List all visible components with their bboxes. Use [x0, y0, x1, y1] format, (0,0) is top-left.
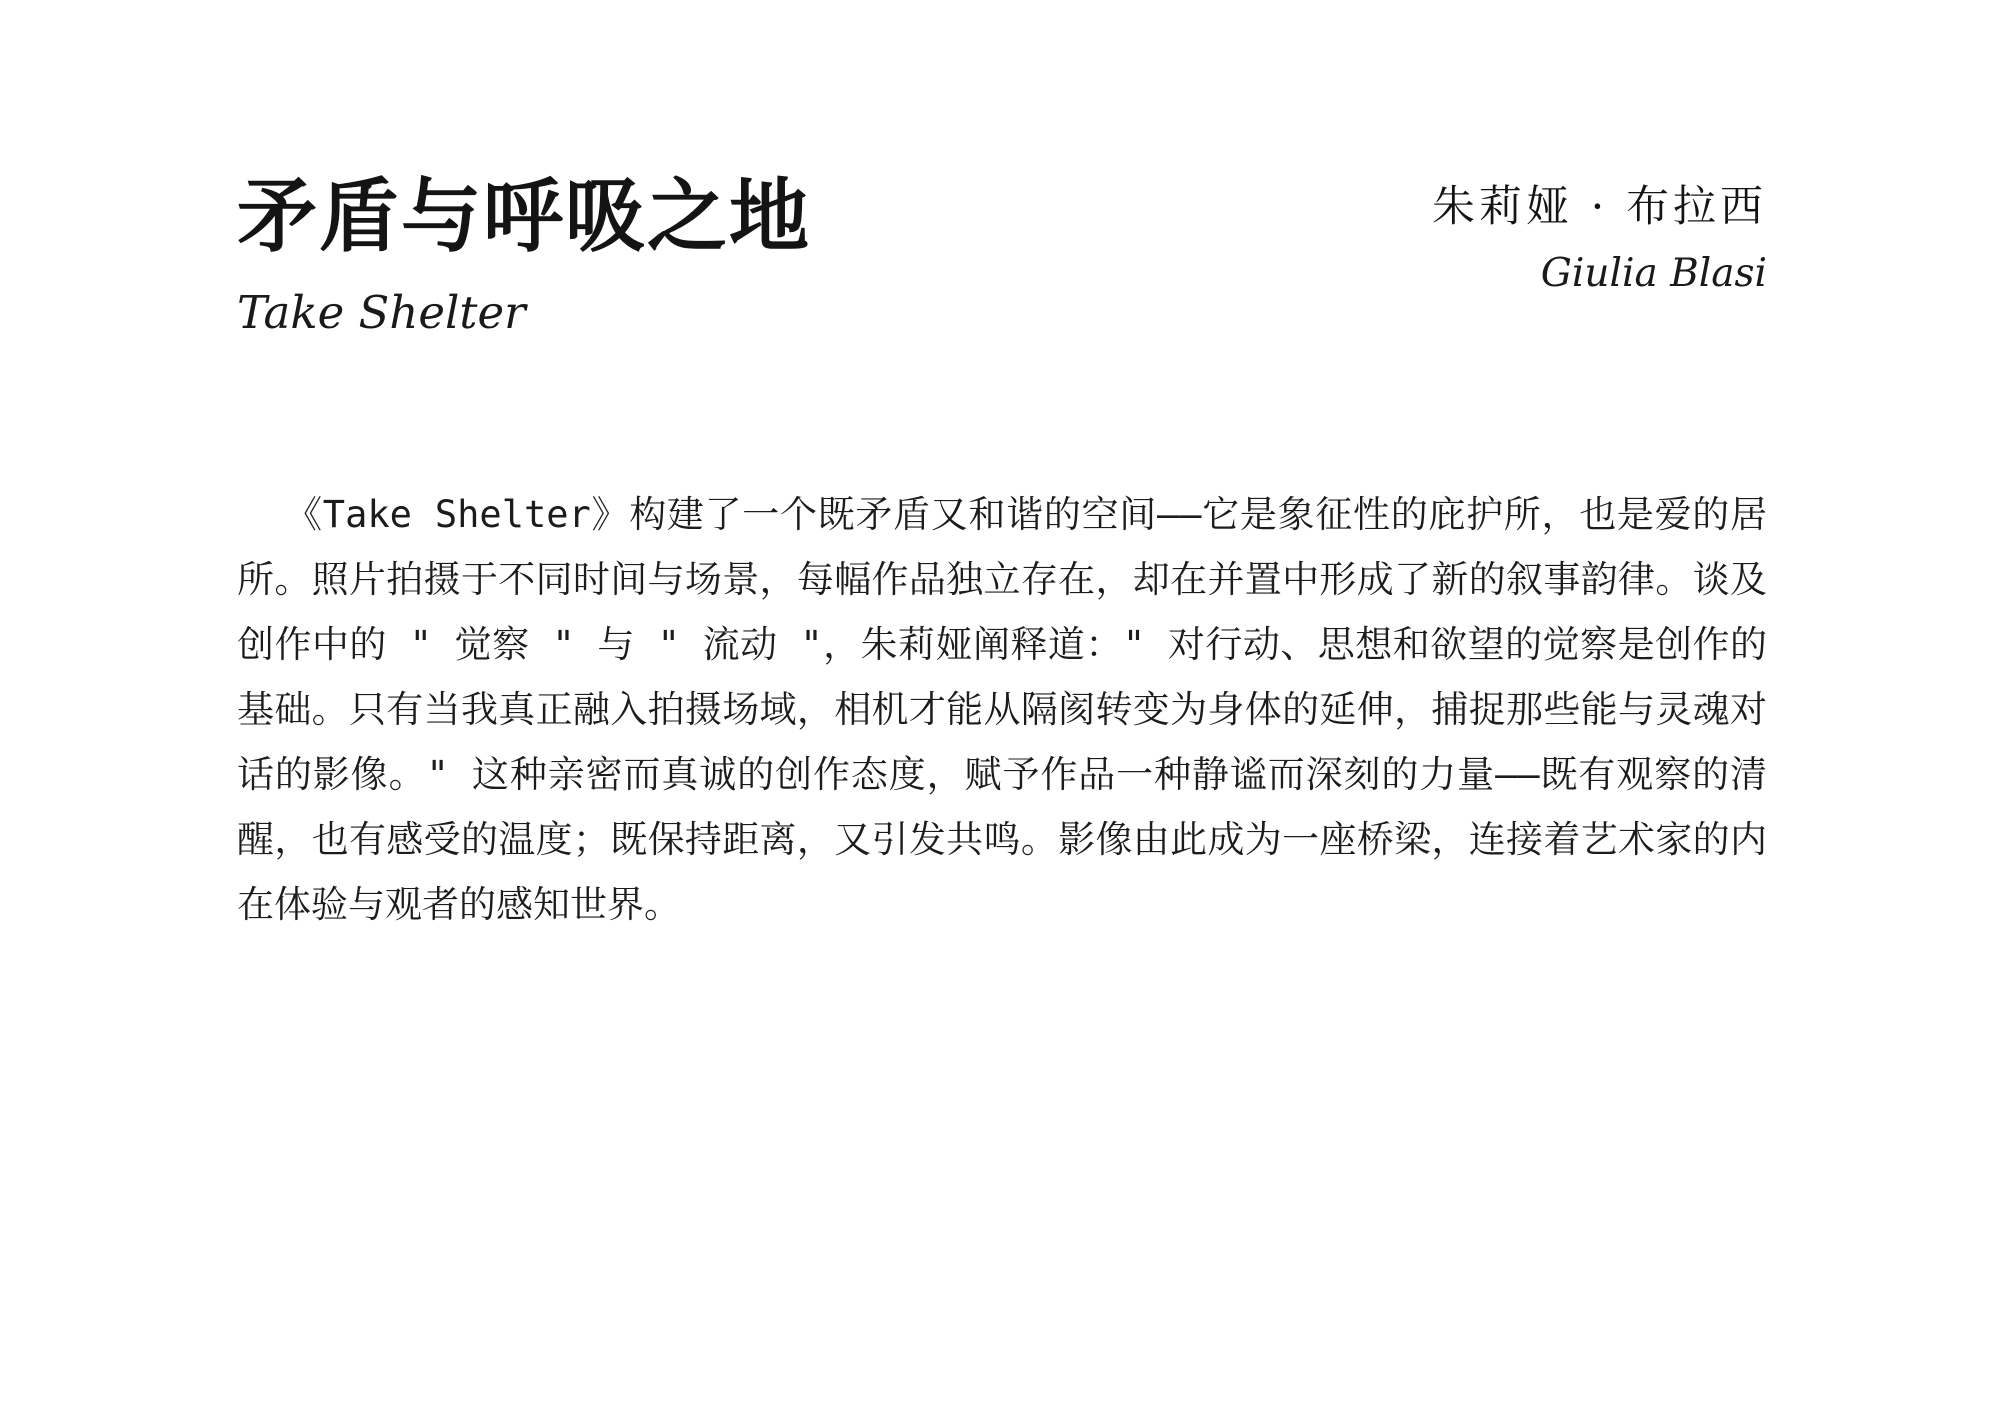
author-block: 朱莉娅 · 布拉西 Giulia Blasi	[1432, 170, 1767, 296]
body-paragraph: 《Take Shelter》构建了一个既矛盾又和谐的空间——它是象征性的庇护所，…	[237, 482, 1767, 937]
page-subtitle: Take Shelter	[237, 288, 811, 338]
header: 矛盾与呼吸之地 Take Shelter 朱莉娅 · 布拉西 Giulia Bl…	[237, 0, 1767, 338]
body-block: 《Take Shelter》构建了一个既矛盾又和谐的空间——它是象征性的庇护所，…	[237, 482, 1767, 937]
author-name-latin: Giulia Blasi	[1432, 252, 1767, 297]
author-name-chinese: 朱莉娅 · 布拉西	[1432, 182, 1767, 234]
title-block: 矛盾与呼吸之地 Take Shelter	[237, 170, 811, 338]
document-page: 矛盾与呼吸之地 Take Shelter 朱莉娅 · 布拉西 Giulia Bl…	[0, 0, 2000, 1409]
page-title: 矛盾与呼吸之地	[237, 170, 811, 262]
page-content: 矛盾与呼吸之地 Take Shelter 朱莉娅 · 布拉西 Giulia Bl…	[237, 0, 1767, 338]
